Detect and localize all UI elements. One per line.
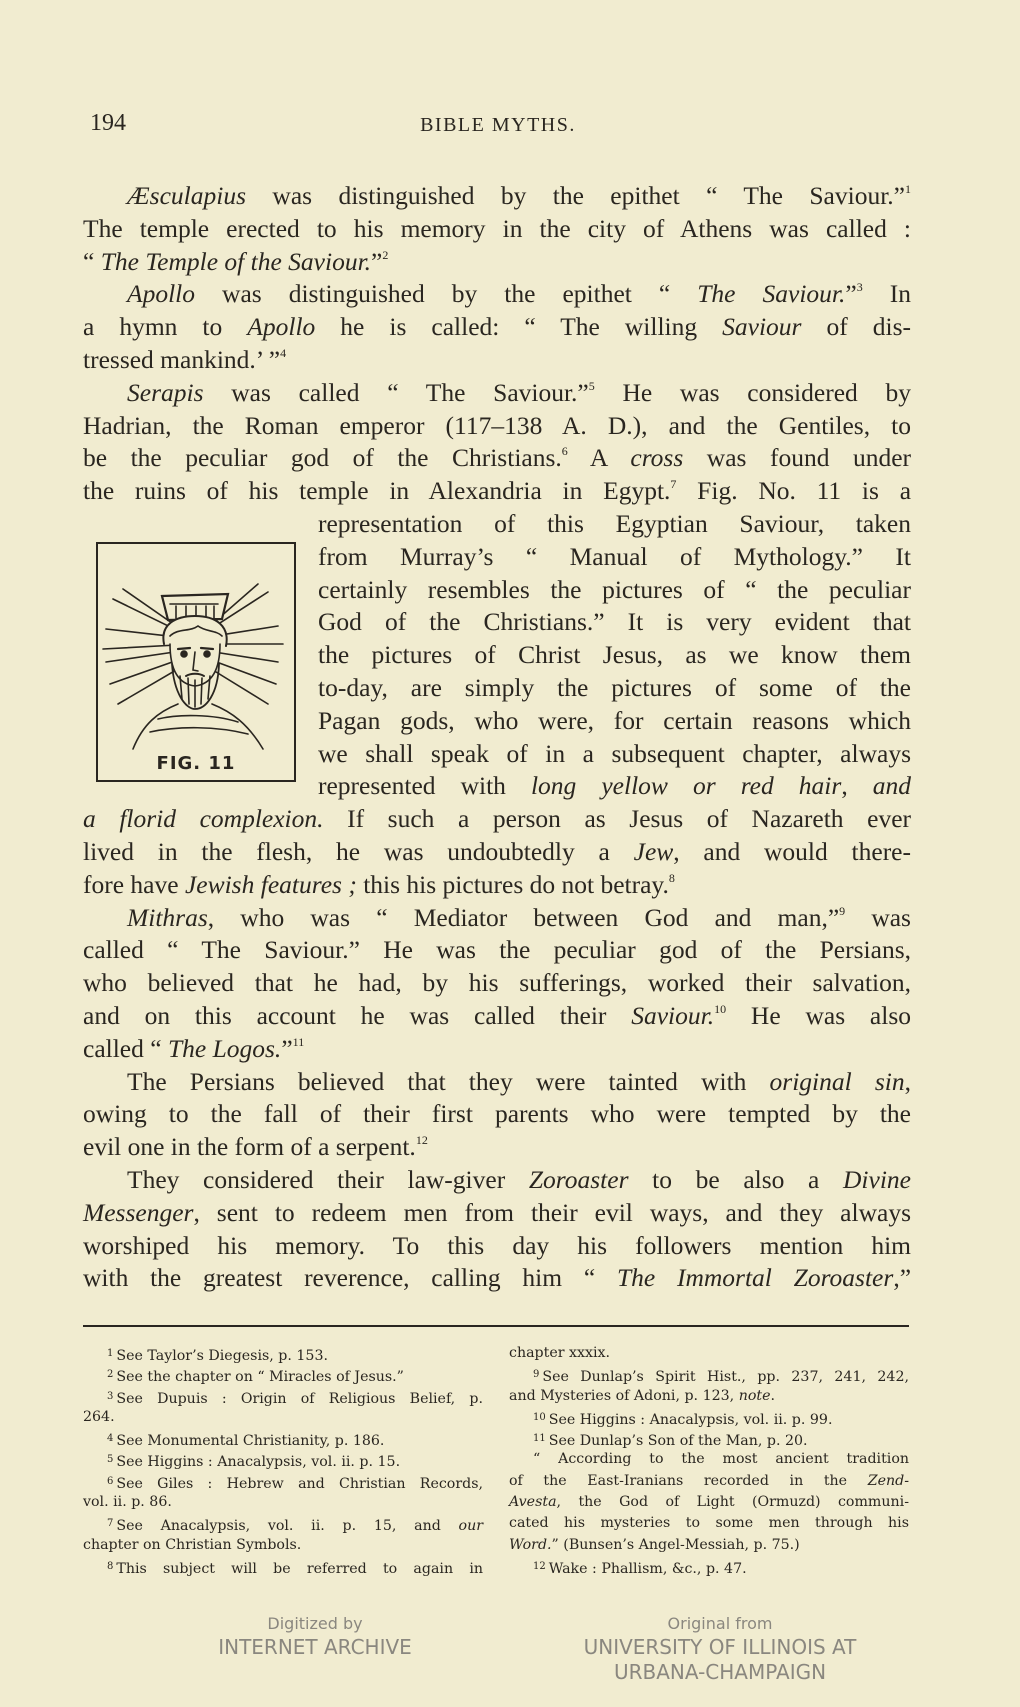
footnote-number: 11 xyxy=(533,1433,546,1444)
italic-text: Saviour. xyxy=(631,1001,714,1030)
body-line: called “ The Saviour.” He was the peculi… xyxy=(83,934,911,967)
footnote-line: 12Wake : Phallism, &c., p. 47. xyxy=(509,1556,909,1577)
body-line: be the peculiar god of the Christians.6 … xyxy=(83,442,911,475)
body-line: fore have Jewish features ; this his pic… xyxy=(83,869,911,902)
italic-text: Jew xyxy=(634,837,674,866)
text-run: “ According to the most ancient traditio… xyxy=(533,1451,909,1467)
running-head: 194 BIBLE MYTHS. xyxy=(90,110,906,144)
footnote-ref: 8 xyxy=(669,871,675,885)
body-line: Æsculapius was distinguished by the epit… xyxy=(83,180,911,213)
footnote-number: 8 xyxy=(107,1561,113,1572)
footnote-line: 4See Monumental Christianity, p. 186. xyxy=(83,1428,483,1449)
body-line: Serapis was called “ The Saviour.”5 He w… xyxy=(83,377,911,410)
body-line: the ruins of his temple in Alexandria in… xyxy=(83,475,911,508)
footnote-line: 7See Anacalypsis, vol. ii. p. 15, and ou… xyxy=(83,1513,483,1534)
university-label-line1: UNIVERSITY OF ILLINOIS AT xyxy=(560,1635,880,1660)
body-line: a hymn to Apollo he is called: “ The wil… xyxy=(83,311,911,344)
text-run: of dis- xyxy=(801,312,911,341)
footnote-divider xyxy=(83,1325,909,1327)
footnote-number: 12 xyxy=(533,1561,546,1572)
text-run: representation of this Egyptian Saviour,… xyxy=(318,509,911,538)
text-run: worshiped his memory. To this day his fo… xyxy=(83,1231,911,1260)
body-line: Messenger, sent to redeem men from their… xyxy=(83,1197,911,1230)
internet-archive-label: INTERNET ARCHIVE xyxy=(190,1635,440,1660)
footnote-line: “ According to the most ancient traditio… xyxy=(509,1449,909,1470)
body-line: evil one in the form of a serpent.12 xyxy=(83,1131,911,1164)
text-run: to be also a xyxy=(629,1165,843,1194)
text-run: In xyxy=(863,279,911,308)
text-run: lived in the flesh, he was undoubtedly a xyxy=(83,837,634,866)
body-line: called “ The Logos.”11 xyxy=(83,1033,911,1066)
italic-text: Apollo xyxy=(247,312,315,341)
text-run: and Mysteries of Adoni, p. 123, xyxy=(509,1388,739,1404)
footnote-number: 2 xyxy=(107,1369,113,1380)
text-run: the pictures of Christ Jesus, as we know… xyxy=(318,640,911,669)
body-line: Hadrian, the Roman emperor (117–138 A. D… xyxy=(83,410,911,443)
footnotes-left-column: 1See Taylor’s Diegesis, p. 153.2See the … xyxy=(83,1343,483,1577)
text-run: tressed mankind.’ ” xyxy=(83,345,280,374)
footnote-line: 8This subject will be referred to again … xyxy=(83,1556,483,1577)
italic-text: Avesta xyxy=(509,1494,557,1510)
footnote-number: 7 xyxy=(107,1518,113,1529)
text-run: was found under xyxy=(683,443,911,472)
footnote-ref: 10 xyxy=(714,1002,726,1016)
italic-text: note xyxy=(739,1388,771,1404)
text-run: was distinguished by the epithet “ xyxy=(195,279,697,308)
text-run: was xyxy=(845,903,911,932)
saviour-woodcut-icon xyxy=(98,544,293,779)
italic-text: cross xyxy=(630,443,683,472)
footnote-number: 6 xyxy=(107,1476,113,1487)
text-run: certainly resembles the pictures of “ th… xyxy=(318,575,911,604)
italic-text: a florid complexion. xyxy=(83,804,324,833)
text-run: See Taylor’s Diegesis, p. 153. xyxy=(116,1348,328,1364)
text-run: ” xyxy=(281,1034,292,1063)
footnote-line: Word.” (Bunsen’s Angel-Messiah, p. 75.) xyxy=(509,1535,909,1556)
text-run: 264. xyxy=(83,1409,115,1425)
figure-caption: FIG. 11 xyxy=(98,753,294,774)
text-run: owing to the fall of their first parents… xyxy=(83,1099,911,1128)
italic-text: The Immortal Zoroaster xyxy=(617,1263,893,1292)
text-run: See Higgins : Anacalypsis, vol. ii. p. 1… xyxy=(116,1454,400,1470)
text-run: cated his mysteries to some men through … xyxy=(509,1515,909,1531)
footnote-line: 11See Dunlap’s Son of the Man, p. 20. xyxy=(509,1428,909,1449)
footnote-line: cated his mysteries to some men through … xyxy=(509,1513,909,1534)
text-run: Fig. No. 11 is a xyxy=(676,476,911,505)
footnote-line: 9See Dunlap’s Spirit Hist., pp. 237, 241… xyxy=(509,1364,909,1385)
text-run: represented with xyxy=(318,771,531,800)
text-run: called “ xyxy=(83,1034,168,1063)
body-line: with the greatest reverence, calling him… xyxy=(83,1262,911,1295)
figure-11: FIG. 11 xyxy=(96,542,296,782)
text-run: be the peculiar god of the Christians. xyxy=(83,443,562,472)
body-line: “ The Temple of the Saviour.”2 xyxy=(83,246,911,279)
footnote-line: chapter on Christian Symbols. xyxy=(83,1535,483,1556)
footnote-ref: 12 xyxy=(416,1133,428,1147)
text-run: was called “ The Saviour.” xyxy=(204,378,589,407)
book-page: 194 BIBLE MYTHS. Æsculapius was distingu… xyxy=(0,0,1020,1707)
italic-text: The Temple of the Saviour. xyxy=(101,247,371,276)
original-from-watermark: Original from UNIVERSITY OF ILLINOIS AT … xyxy=(560,1613,880,1685)
footnote-ref: 2 xyxy=(382,248,388,262)
italic-text: original sin xyxy=(770,1067,905,1096)
footnote-number: 5 xyxy=(107,1454,113,1465)
italic-text: and xyxy=(873,771,911,800)
italic-text: Mithras xyxy=(127,903,208,932)
text-run: If such a person as Jesus of Nazareth ev… xyxy=(324,804,911,833)
text-run: See Dunlap’s Son of the Man, p. 20. xyxy=(549,1433,808,1449)
text-run: fore have xyxy=(83,870,185,899)
footnote-line: chapter xxxix. xyxy=(509,1343,909,1364)
footnote-number: 4 xyxy=(107,1433,113,1444)
text-run: ” xyxy=(371,247,382,276)
text-run: this his pictures do not betray. xyxy=(357,870,669,899)
italic-text: Apollo xyxy=(127,279,195,308)
footnote-number: 9 xyxy=(533,1369,539,1380)
body-line: The Persians believed that they were tai… xyxy=(83,1066,911,1099)
body-line: representation of this Egyptian Saviour,… xyxy=(83,508,911,541)
italic-text: The Logos. xyxy=(168,1034,281,1063)
footnote-line: 6See Giles : Hebrew and Christian Record… xyxy=(83,1471,483,1492)
italic-text: Saviour xyxy=(722,312,801,341)
italic-text: Zoroaster xyxy=(529,1165,629,1194)
text-run: God of the Christians.” It is very evide… xyxy=(318,607,911,636)
text-run: a hymn to xyxy=(83,312,247,341)
text-run: , the God of Light (Ormuzd) communi- xyxy=(557,1494,909,1510)
italic-text: Serapis xyxy=(127,378,204,407)
text-run: called “ The Saviour.” He was the peculi… xyxy=(83,935,911,964)
footnote-line: of the East-Iranians recorded in the Zen… xyxy=(509,1471,909,1492)
body-line: tressed mankind.’ ”4 xyxy=(83,344,911,377)
text-run: he is called: “ The willing xyxy=(315,312,722,341)
body-line: and on this account he was called their … xyxy=(83,1000,911,1033)
text-run: Hadrian, the Roman emperor (117–138 A. D… xyxy=(83,411,911,440)
footnote-line: and Mysteries of Adoni, p. 123, note. xyxy=(509,1386,909,1407)
footnote-ref: 1 xyxy=(905,182,911,196)
text-run: He was considered by xyxy=(595,378,911,407)
text-run: See Dupuis : Origin of Religious Belief,… xyxy=(116,1391,483,1407)
original-from-label: Original from xyxy=(560,1613,880,1635)
body-line: who believed that he had, by his sufferi… xyxy=(83,967,911,1000)
italic-text: Zend- xyxy=(868,1473,909,1489)
text-run: See Anacalypsis, vol. ii. p. 15, and xyxy=(116,1518,458,1534)
text-run: They considered their law-giver xyxy=(127,1165,529,1194)
body-line: a florid complexion. If such a person as… xyxy=(83,803,911,836)
text-run: See Dunlap’s Spirit Hist., pp. 237, 241,… xyxy=(542,1369,909,1385)
text-run: See the chapter on “ Miracles of Jesus.” xyxy=(116,1369,404,1385)
text-run: The temple erected to his memory in the … xyxy=(83,214,911,243)
text-run: from Murray’s “ Manual of Mythology.” It xyxy=(318,542,911,571)
footnote-line: 3See Dupuis : Origin of Religious Belief… xyxy=(83,1386,483,1407)
text-run: Wake : Phallism, &c., p. 47. xyxy=(549,1561,747,1577)
text-run: This subject will be referred to again i… xyxy=(116,1561,483,1577)
text-run: the ruins of his temple in Alexandria in… xyxy=(83,476,670,505)
italic-text: long yellow or red hair xyxy=(531,771,841,800)
text-run: was distinguished by the epithet “ The S… xyxy=(246,181,905,210)
italic-text: Word. xyxy=(509,1537,552,1553)
text-run: See Monumental Christianity, p. 186. xyxy=(116,1433,384,1449)
body-line: Apollo was distinguished by the epithet … xyxy=(83,278,911,311)
footnote-number: 10 xyxy=(533,1412,546,1423)
text-run: See Higgins : Anacalypsis, vol. ii. p. 9… xyxy=(549,1412,833,1428)
text-run: A xyxy=(568,443,631,472)
footnotes-right-column: chapter xxxix.9See Dunlap’s Spirit Hist.… xyxy=(509,1343,909,1577)
text-run: , and would there- xyxy=(673,837,911,866)
footnote-number: 1 xyxy=(107,1348,113,1359)
footnote-line: vol. ii. p. 86. xyxy=(83,1492,483,1513)
text-run: to-day, are simply the pictures of some … xyxy=(318,673,911,702)
text-run: , xyxy=(905,1067,911,1096)
footnote-line: 5See Higgins : Anacalypsis, vol. ii. p. … xyxy=(83,1449,483,1470)
university-label-line2: URBANA-CHAMPAIGN xyxy=(560,1660,880,1685)
italic-text: The Saviour. xyxy=(697,279,845,308)
body-line: worshiped his memory. To this day his fo… xyxy=(83,1230,911,1263)
body-line: The temple erected to his memory in the … xyxy=(83,213,911,246)
text-run: , xyxy=(841,771,872,800)
footnote-line: 264. xyxy=(83,1407,483,1428)
text-run: ” (Bunsen’s Angel-Messiah, p. 75.) xyxy=(552,1537,800,1553)
digitized-by-label: Digitized by xyxy=(190,1613,440,1635)
text-run: , who was “ Mediator between God and man… xyxy=(208,903,839,932)
italic-text: Æsculapius xyxy=(127,181,246,210)
text-run: ” xyxy=(845,279,856,308)
text-run: Pagan gods, who were, for certain reason… xyxy=(318,706,911,735)
text-run: vol. ii. p. 86. xyxy=(83,1494,172,1510)
text-run: ,” xyxy=(893,1263,911,1292)
text-run: chapter on Christian Symbols. xyxy=(83,1537,301,1553)
body-line: They considered their law-giver Zoroaste… xyxy=(83,1164,911,1197)
footnote-ref: 11 xyxy=(293,1035,305,1049)
footnote-ref: 4 xyxy=(280,346,286,360)
footnote-line: 1See Taylor’s Diegesis, p. 153. xyxy=(83,1343,483,1364)
digitized-by-watermark: Digitized by INTERNET ARCHIVE xyxy=(190,1613,440,1660)
text-run: See Giles : Hebrew and Christian Records… xyxy=(116,1476,483,1492)
text-run: . xyxy=(770,1388,775,1404)
body-line: Mithras, who was “ Mediator between God … xyxy=(83,902,911,935)
footnote-line: Avesta, the God of Light (Ormuzd) commun… xyxy=(509,1492,909,1513)
body-line: lived in the flesh, he was undoubtedly a… xyxy=(83,836,911,869)
text-run: evil one in the form of a serpent. xyxy=(83,1132,416,1161)
text-run: we shall speak of in a subsequent chapte… xyxy=(318,739,911,768)
footnote-number: 3 xyxy=(107,1391,113,1402)
italic-text: Messenger xyxy=(83,1198,193,1227)
text-run: He was also xyxy=(726,1001,911,1030)
text-run: , sent to redeem men from their evil way… xyxy=(193,1198,911,1227)
text-run: who believed that he had, by his sufferi… xyxy=(83,968,911,997)
footnote-line: 2See the chapter on “ Miracles of Jesus.… xyxy=(83,1364,483,1385)
body-line: owing to the fall of their first parents… xyxy=(83,1098,911,1131)
text-run: “ xyxy=(83,247,101,276)
text-run: and on this account he was called their xyxy=(83,1001,631,1030)
text-run: The Persians believed that they were tai… xyxy=(127,1067,770,1096)
text-run: with the greatest reverence, calling him… xyxy=(83,1263,617,1292)
footnote-line: 10See Higgins : Anacalypsis, vol. ii. p.… xyxy=(509,1407,909,1428)
italic-text: Jewish features ; xyxy=(185,870,357,899)
italic-text: Divine xyxy=(843,1165,911,1194)
text-run: chapter xxxix. xyxy=(509,1345,610,1361)
text-run: of the East-Iranians recorded in the xyxy=(509,1473,868,1489)
running-title: BIBLE MYTHS. xyxy=(90,114,906,137)
italic-text: our xyxy=(459,1518,483,1534)
